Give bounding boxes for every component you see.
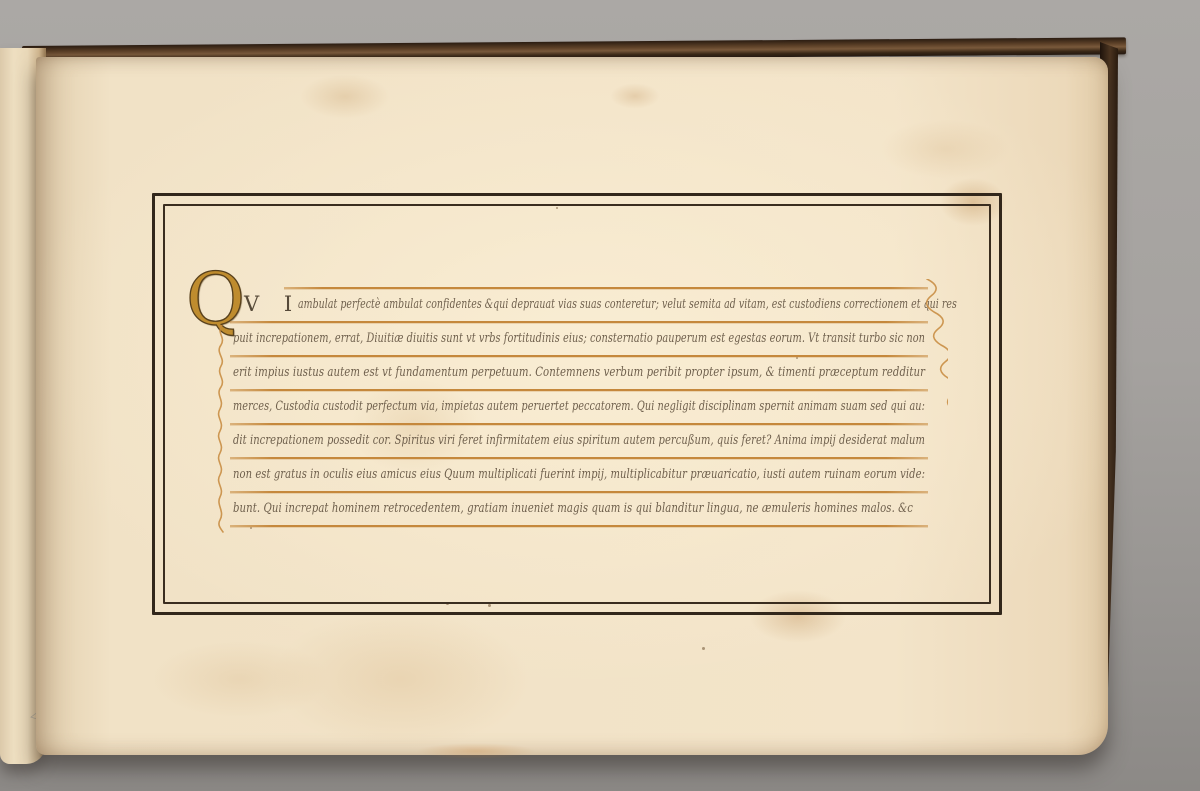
initial-capitals-vi: V I [244, 291, 301, 317]
manuscript-line: ambulat perfectè ambulat confidentes &qu… [298, 291, 1200, 318]
ruling-line [230, 355, 928, 357]
stain [880, 119, 1010, 179]
manuscript-line: puit increpationem, errat, Diuitiæ diuit… [233, 325, 1156, 352]
ruling-line [230, 389, 928, 391]
photo-of-open-manuscript-book: ◁ Q V I ambulat pe [0, 0, 1200, 791]
ruling-line [230, 423, 928, 425]
ruling-line [230, 457, 928, 459]
manuscript-line: bunt. Qui increpat hominem retrocedentem… [233, 495, 1106, 522]
stain [610, 83, 660, 109]
stain [270, 609, 530, 749]
manuscript-line: merces, Custodia custodit perfectum via,… [233, 393, 1161, 420]
ruling-line [230, 491, 928, 493]
manuscript-page: Q V I ambulat perfectè ambulat confident… [36, 57, 1108, 755]
ruling-line [230, 525, 928, 527]
manuscript-line: dit increpationem possedit cor. Spiritus… [233, 427, 1140, 454]
manuscript-line: non est gratus in oculis eius amicus eiu… [233, 461, 1135, 488]
stain [416, 743, 536, 759]
manuscript-line: erit impius iustus autem est vt fundamen… [233, 359, 1120, 386]
ruling-line [284, 287, 928, 289]
ruling-line [230, 321, 928, 323]
stain [150, 639, 330, 719]
stain [300, 74, 390, 119]
ink-speck [702, 647, 705, 650]
